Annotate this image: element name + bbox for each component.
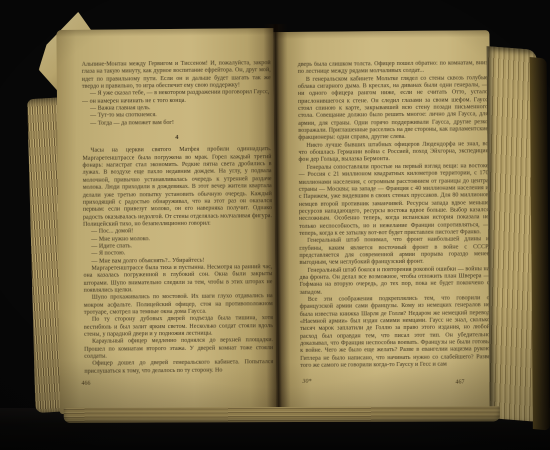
- paragraph: дверь была слишком толста. Офицер пошел …: [298, 60, 488, 76]
- open-book: Альпине-Монтан между Гервигом и Тиссеном…: [24, 6, 550, 423]
- paragraph: Альпине-Монтан между Гервигом и Тиссеном…: [82, 60, 271, 91]
- right-page-number: 467: [455, 379, 464, 385]
- paragraph: В генеральском кабинете Мольтке глядел с…: [298, 75, 489, 143]
- left-page-number: 466: [81, 381, 90, 387]
- paragraph: Генералы сопоставляли простые на первый …: [299, 163, 490, 238]
- left-page-paragraphs-bottom: Часы на церкви святого Матфея пробили од…: [82, 147, 273, 376]
- right-page: дверь была слишком толста. Офицер пошел …: [273, 30, 492, 416]
- paragraph: Шупо прохаживались по мостовой. Их шаги …: [84, 293, 273, 317]
- bottom-page-edges: [64, 406, 500, 423]
- left-page: Альпине-Монтан между Гервигом и Тиссеном…: [56, 28, 276, 414]
- right-page-paragraphs: дверь была слишком толста. Офицер пошел …: [298, 60, 491, 370]
- left-page-paragraphs-top: Альпине-Монтан между Гервигом и Тиссеном…: [82, 60, 272, 128]
- paragraph: Генеральный штаб понимал, что фронт наиб…: [299, 236, 489, 267]
- left-page-text: Альпине-Монтан между Гервигом и Тиссеном…: [82, 60, 274, 398]
- paragraph: Генеральный штаб боялся и повторения рок…: [299, 266, 489, 297]
- paragraph: Все эти соображения подкреплялись тем, ч…: [300, 295, 491, 370]
- paragraph: — Тогда — да поможет вам бог!: [82, 119, 271, 128]
- book-photo: Альпине-Монтан между Гервигом и Тиссеном…: [0, 0, 550, 450]
- paragraph: Никто лучше бывших штабных офицеров Люде…: [298, 141, 488, 165]
- paragraph: По ту сторону дубовых дверей подъезда бы…: [84, 315, 273, 339]
- right-page-text: дверь была слишком толста. Офицер пошел …: [298, 60, 491, 386]
- book-cover-edge: [530, 57, 550, 431]
- paragraph: Маргаретенштрассе была тиха и пустынна. …: [83, 264, 272, 295]
- paragraph: Караульный офицер медленно поднялся до в…: [84, 338, 273, 362]
- section-heading: 4: [82, 133, 271, 142]
- paragraph: Офицер дошел до дверей генеральского каб…: [84, 360, 273, 376]
- paragraph: — Я уже сказал тебе, — в некотором раздр…: [82, 90, 271, 106]
- signature-mark: 30*: [302, 379, 311, 385]
- paragraph: Часы на церкви святого Матфея пробили од…: [82, 147, 272, 229]
